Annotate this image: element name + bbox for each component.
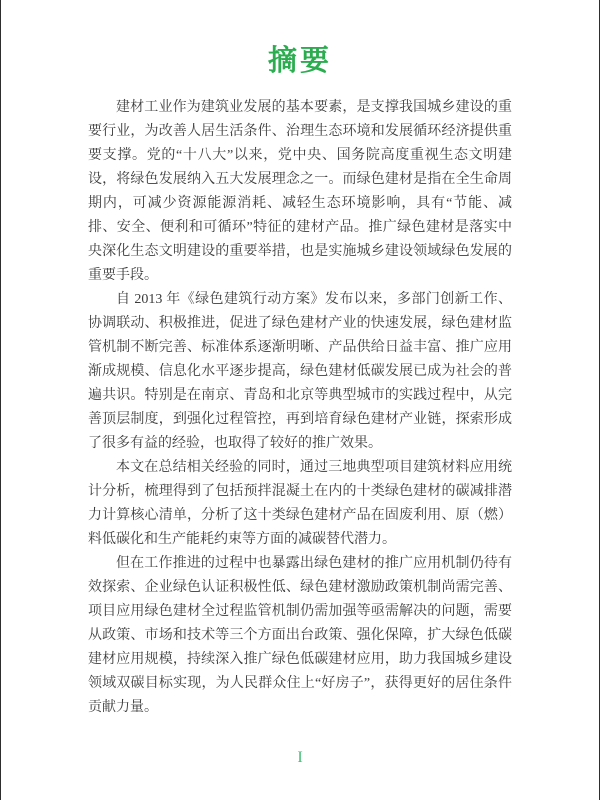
- abstract-paragraph-2: 自 2013 年《绿色建筑行动方案》发布以来，多部门创新工作、协调联动、积极推进…: [88, 288, 512, 456]
- abstract-paragraph-1: 建材工业作为建筑业发展的基本要素，是支撑我国城乡建设的重要行业，为改善人居生活条…: [88, 96, 512, 288]
- document-page: 摘要 建材工业作为建筑业发展的基本要素，是支撑我国城乡建设的重要行业，为改善人居…: [0, 0, 600, 800]
- page-number: I: [0, 748, 600, 768]
- abstract-paragraph-3: 本文在总结相关经验的同时，通过三地典型项目建筑材料应用统计分析，梳理得到了包括预…: [88, 456, 512, 552]
- abstract-paragraph-4: 但在工作推进的过程中也暴露出绿色建材的推广应用机制仍待有效探索、企业绿色认证积极…: [88, 552, 512, 720]
- page-edge-left: [0, 0, 1, 800]
- page-title: 摘要: [0, 44, 600, 78]
- abstract-body: 建材工业作为建筑业发展的基本要素，是支撑我国城乡建设的重要行业，为改善人居生活条…: [88, 96, 512, 720]
